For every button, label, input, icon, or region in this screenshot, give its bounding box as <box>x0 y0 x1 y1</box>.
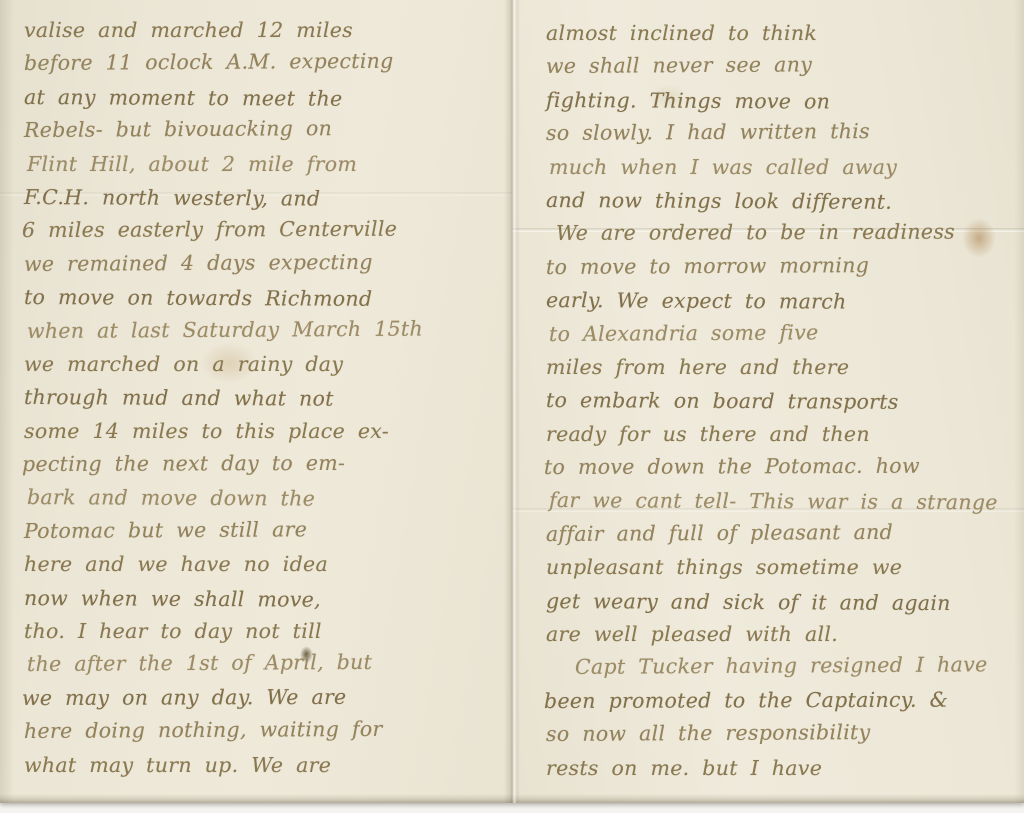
handwritten-line: tho. I hear to day not till <box>24 615 512 648</box>
handwritten-line: miles from here and there <box>546 351 1024 384</box>
handwritten-line: to move to morrow morning <box>546 248 1024 284</box>
handwritten-line: We are ordered to be in readiness <box>544 216 1024 251</box>
handwritten-line: Potomac but we still are <box>24 512 512 548</box>
letter-sheet: valise and marched 12 miles before 11 oc… <box>0 0 1024 803</box>
handwritten-line: Rebels- but bivouacking on <box>24 111 512 147</box>
handwritten-line: are well pleased with all. <box>546 618 1024 651</box>
handwritten-line: pecting the next day to em- <box>22 446 512 481</box>
handwritten-line: Capt Tucker having resigned I have <box>549 649 1024 685</box>
handwritten-line: been promoted to the Captaincy. & <box>544 683 1024 718</box>
handwritten-line: the after the 1st of April, but <box>27 645 512 681</box>
handwritten-line: we may on any day. We are <box>22 680 512 715</box>
right-page-text: almost inclined to think we shall never … <box>512 0 1024 785</box>
center-fold <box>504 0 520 803</box>
letter-scan: valise and marched 12 miles before 11 oc… <box>0 0 1024 813</box>
handwritten-line: we shall never see any <box>546 47 1024 83</box>
handwritten-line: to move down the Potomac. how <box>544 449 1024 484</box>
handwritten-line: here doing nothing, waiting for <box>24 712 512 748</box>
handwritten-line: unpleasant things sometime we <box>546 551 1024 584</box>
handwritten-line: to embark on board transports <box>546 384 1024 420</box>
handwritten-line: now when we shall move, <box>24 582 512 618</box>
handwritten-line: so now all the responsibility <box>546 715 1024 751</box>
handwritten-line: when at last Saturday March 15th <box>27 312 512 348</box>
handwritten-line: almost inclined to think <box>546 17 1024 50</box>
handwritten-line: before 11 oclock A.M. expecting <box>24 44 512 80</box>
handwritten-line: and now things look different. <box>546 184 1024 220</box>
handwritten-line: valise and marched 12 miles <box>24 14 512 47</box>
handwritten-line: rests on me. but I have <box>546 752 1024 785</box>
handwritten-line: to Alexandria some five <box>549 315 1024 351</box>
handwritten-line: so slowly. I had written this <box>546 114 1024 150</box>
handwritten-line: get weary and sick of it and again <box>546 585 1024 621</box>
handwritten-line: ready for us there and then <box>546 418 1024 451</box>
letter-page-right: almost inclined to think we shall never … <box>512 0 1024 803</box>
handwritten-line: here and we have no idea <box>24 548 512 581</box>
handwritten-line: 6 miles easterly from Centerville <box>22 213 512 248</box>
handwritten-line: through mud and what not <box>24 381 512 417</box>
left-page-text: valise and marched 12 miles before 11 oc… <box>0 0 512 782</box>
handwritten-line: we marched on a rainy day <box>24 348 512 381</box>
handwritten-line: F.C.H. north westerly, and <box>24 181 512 217</box>
handwritten-line: much when I was called away <box>549 151 1024 184</box>
paper-edge-shadow <box>0 0 14 803</box>
letter-page-left: valise and marched 12 miles before 11 oc… <box>0 0 512 803</box>
handwritten-line: we remained 4 days expecting <box>24 245 512 281</box>
paper-edge-shadow <box>1014 0 1024 803</box>
handwritten-line: Flint Hill, about 2 mile from <box>27 148 512 181</box>
handwritten-line: affair and full of pleasant and <box>546 515 1024 551</box>
handwritten-line: what may turn up. We are <box>24 749 512 782</box>
handwritten-line: some 14 miles to this place ex- <box>24 415 512 448</box>
